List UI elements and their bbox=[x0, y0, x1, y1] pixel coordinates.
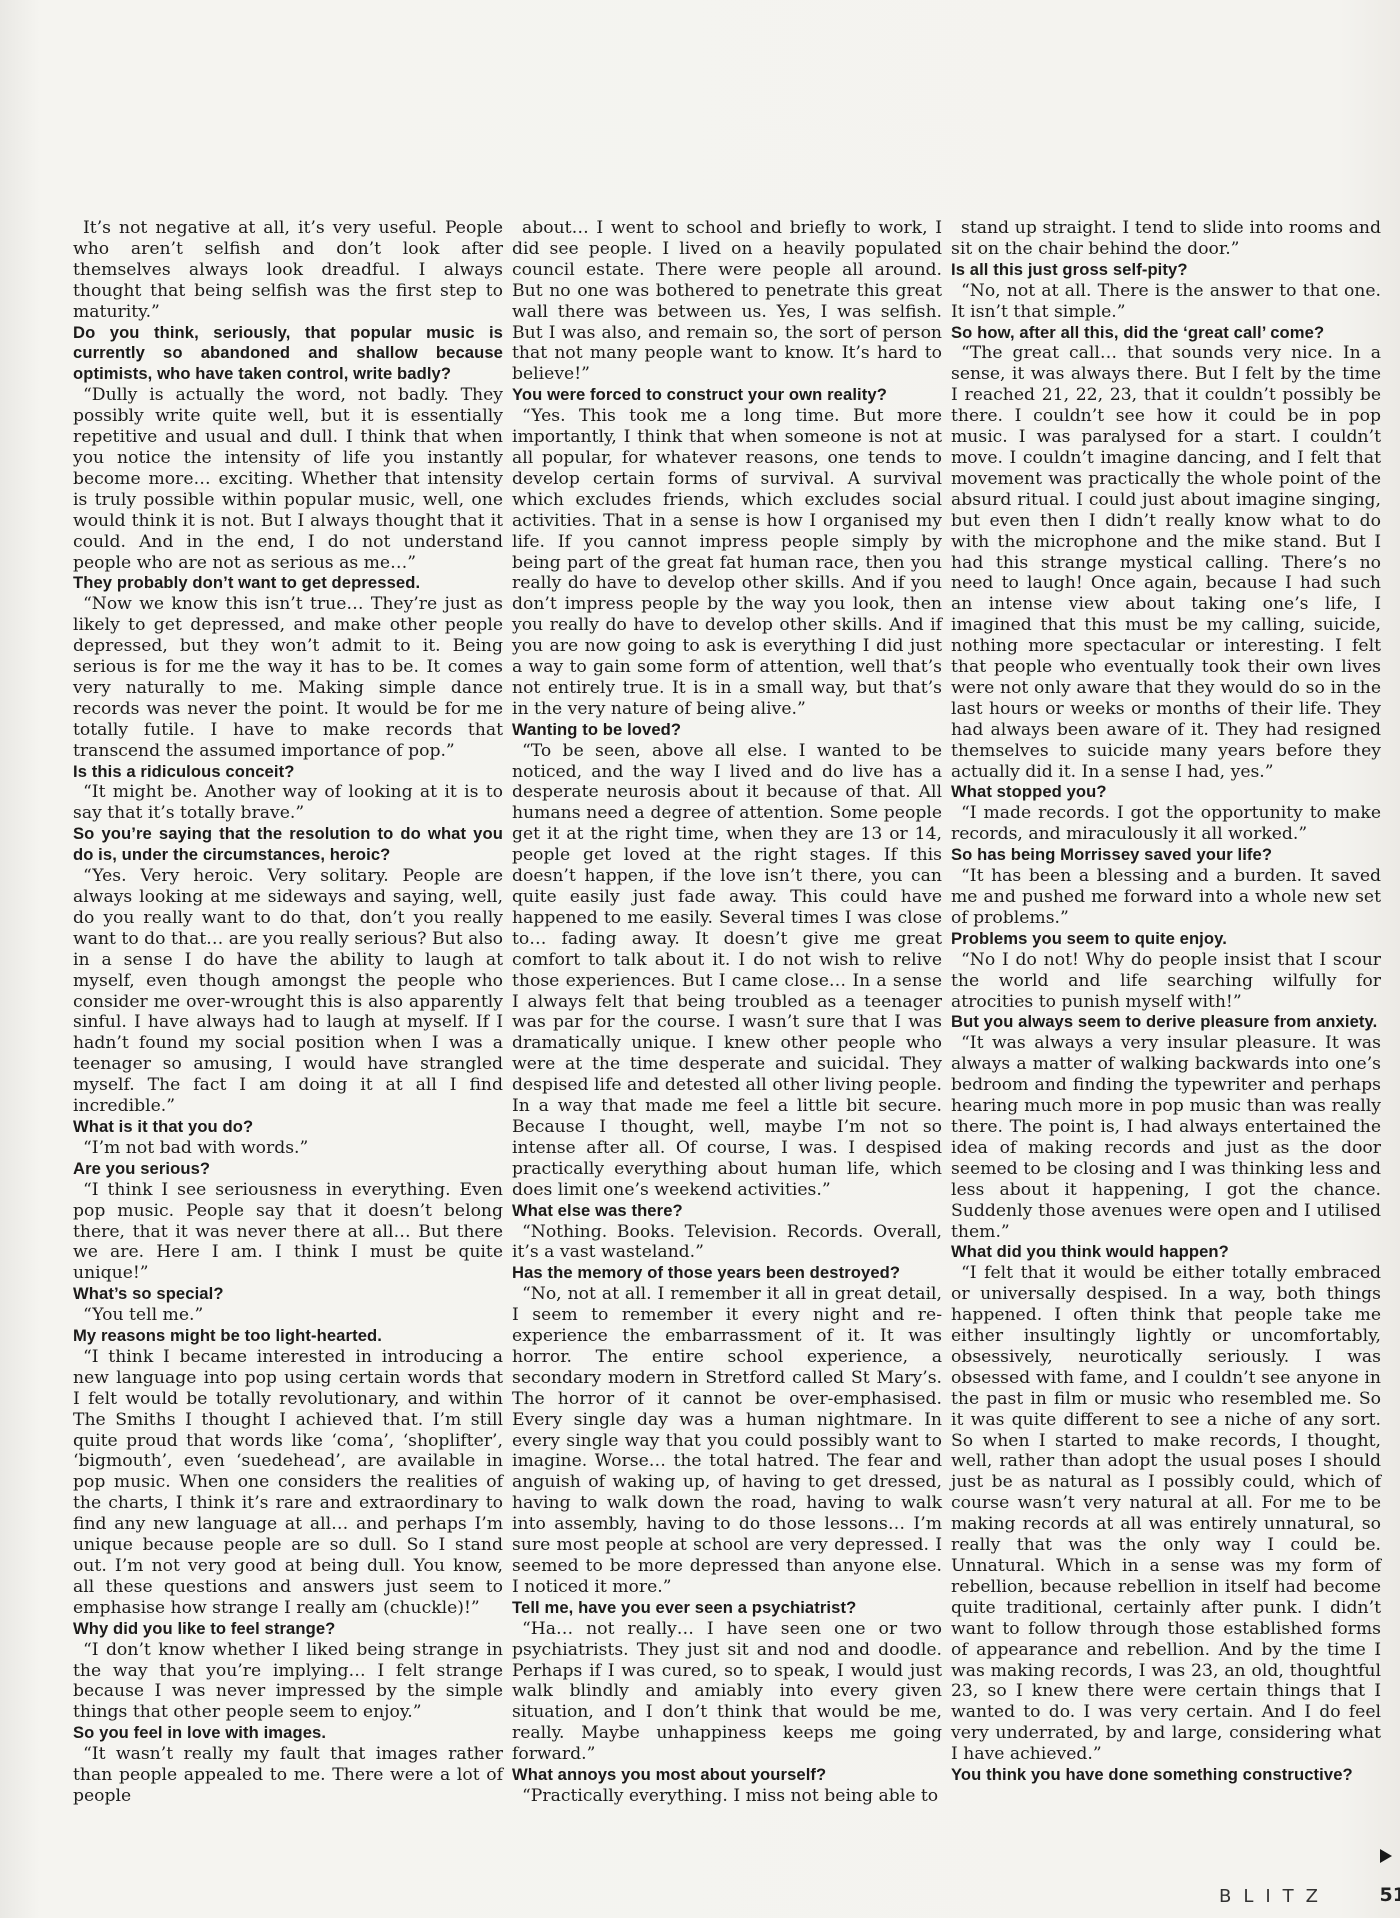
interview-answer: “I don’t know whether I liked being stra… bbox=[73, 1640, 503, 1724]
interview-answer: “No I do not! Why do people insist that … bbox=[951, 950, 1381, 1013]
interview-question: Do you think, seriously, that popular mu… bbox=[73, 323, 503, 386]
interview-answer: “It wasn’t really my fault that images r… bbox=[73, 1744, 503, 1807]
interview-answer: “It has been a blessing and a burden. It… bbox=[951, 866, 1381, 929]
interview-answer: “Yes. Very heroic. Very solitary. People… bbox=[73, 866, 503, 1117]
interview-answer: “I think I see seriousness in everything… bbox=[73, 1180, 503, 1285]
interview-answer: “I felt that it would be either totally … bbox=[951, 1263, 1381, 1765]
interview-answer: “Nothing. Books. Television. Records. Ov… bbox=[512, 1222, 942, 1264]
interview-question: So you feel in love with images. bbox=[73, 1723, 503, 1744]
interview-answer: “Dully is actually the word, not badly. … bbox=[73, 385, 503, 573]
interview-question: What’s so special? bbox=[73, 1284, 503, 1305]
interview-question: Tell me, have you ever seen a psychiatri… bbox=[512, 1598, 942, 1619]
interview-answer: “The great call… that sounds very nice. … bbox=[951, 343, 1381, 782]
interview-question: So has being Morrissey saved your life? bbox=[951, 845, 1381, 866]
page-number: 51 bbox=[1380, 1884, 1400, 1906]
interview-answer: “Now we know this isn’t true… They’re ju… bbox=[73, 594, 503, 761]
text-column-1: It’s not negative at all, it’s very usef… bbox=[73, 218, 503, 1807]
interview-question: Problems you seem to quite enjoy. bbox=[951, 929, 1381, 950]
interview-answer: “No, not at all. There is the answer to … bbox=[951, 281, 1381, 323]
interview-question: What is it that you do? bbox=[73, 1117, 503, 1138]
interview-answer: “It was always a very insular pleasure. … bbox=[951, 1033, 1381, 1242]
interview-question: What annoys you most about yourself? bbox=[512, 1765, 942, 1786]
interview-question: They probably don’t want to get depresse… bbox=[73, 573, 503, 594]
interview-answer: “I’m not bad with words.” bbox=[73, 1138, 503, 1159]
interview-answer: about… I went to school and briefly to w… bbox=[512, 218, 942, 385]
interview-question: Wanting to be loved? bbox=[512, 720, 942, 741]
interview-question: What did you think would happen? bbox=[951, 1242, 1381, 1263]
interview-question: My reasons might be too light-hearted. bbox=[73, 1326, 503, 1347]
interview-question: Has the memory of those years been destr… bbox=[512, 1263, 942, 1284]
interview-question: Are you serious? bbox=[73, 1159, 503, 1180]
interview-question: So you’re saying that the resolution to … bbox=[73, 824, 503, 866]
magazine-name: BLITZ bbox=[1219, 1886, 1330, 1907]
interview-answer: stand up straight. I tend to slide into … bbox=[951, 218, 1381, 260]
interview-answer: “Practically everything. I miss not bein… bbox=[512, 1786, 942, 1807]
text-column-2: about… I went to school and briefly to w… bbox=[512, 218, 942, 1807]
interview-answer: “I made records. I got the opportunity t… bbox=[951, 803, 1381, 845]
interview-question: Why did you like to feel strange? bbox=[73, 1619, 503, 1640]
interview-question: So how, after all this, did the ‘great c… bbox=[951, 323, 1381, 344]
interview-question: You think you have done something constr… bbox=[951, 1765, 1381, 1786]
interview-question: What else was there? bbox=[512, 1201, 942, 1222]
interview-question: You were forced to construct your own re… bbox=[512, 385, 942, 406]
magazine-page: It’s not negative at all, it’s very usef… bbox=[0, 0, 1400, 1918]
interview-answer: “It might be. Another way of looking at … bbox=[73, 782, 503, 824]
interview-answer: “Yes. This took me a long time. But more… bbox=[512, 406, 942, 720]
interview-answer: “Ha… not really… I have seen one or two … bbox=[512, 1619, 942, 1765]
interview-question: What stopped you? bbox=[951, 782, 1381, 803]
interview-question: But you always seem to derive pleasure f… bbox=[951, 1012, 1381, 1033]
interview-question: Is this a ridiculous conceit? bbox=[73, 762, 503, 783]
continue-arrow-icon bbox=[1380, 1849, 1392, 1863]
interview-question: Is all this just gross self-pity? bbox=[951, 260, 1381, 281]
interview-answer: It’s not negative at all, it’s very usef… bbox=[73, 218, 503, 323]
interview-answer: “I think I became interested in introduc… bbox=[73, 1347, 503, 1619]
interview-answer: “No, not at all. I remember it all in gr… bbox=[512, 1284, 942, 1598]
interview-answer: “You tell me.” bbox=[73, 1305, 503, 1326]
text-column-3: stand up straight. I tend to slide into … bbox=[951, 218, 1381, 1786]
interview-answer: “To be seen, above all else. I wanted to… bbox=[512, 741, 942, 1201]
